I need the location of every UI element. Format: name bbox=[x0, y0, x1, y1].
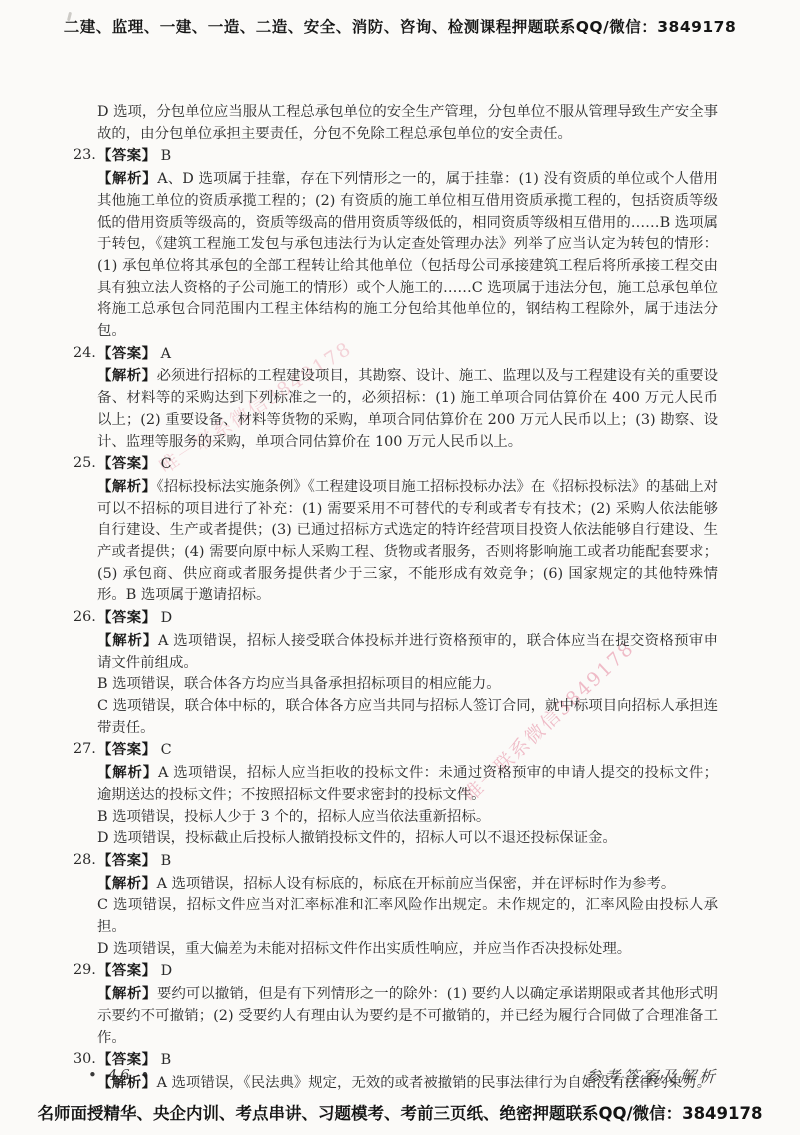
question-number: 28. bbox=[73, 850, 96, 872]
analysis-label: 【解析】 bbox=[97, 764, 158, 781]
answer-letter: B bbox=[161, 148, 172, 164]
analysis-paragraph: B 选项错误，投标人少于 3 个的，招标人应当依法重新招标。 bbox=[97, 807, 718, 829]
answer-line: 【答案】C bbox=[97, 739, 718, 762]
answer-label: 【答案】 bbox=[97, 962, 157, 979]
answer-item-26: 26. 【答案】D 【解析】A 选项错误，招标人接受联合体投标并进行资格预审的，… bbox=[97, 607, 718, 739]
analysis-paragraph: 【解析】A 选项错误，《民法典》规定，无效的或者被撤销的民事法律行为自始没有法律… bbox=[97, 1072, 718, 1095]
answer-label: 【答案】 bbox=[97, 455, 157, 472]
analysis-text: 《招标投标法实施条例》《工程建设项目施工招标投标办法》在《招标投标法》的基础上对… bbox=[97, 479, 718, 604]
answer-label: 【答案】 bbox=[97, 741, 157, 758]
question-number: 23. bbox=[73, 145, 96, 167]
answer-item-23: 23. 【答案】B 【解析】A、D 选项属于挂靠，存在下列情形之一的，属于挂靠：… bbox=[97, 145, 718, 342]
analysis-label: 【解析】 bbox=[97, 875, 157, 892]
page-header: 二建、监理、一建、一造、二造、安全、消防、咨询、检测课程押题联系QQ/微信：38… bbox=[0, 15, 800, 37]
answer-item-30: 30. 【答案】B 【解析】A 选项错误，《民法典》规定，无效的或者被撤销的民事… bbox=[97, 1049, 718, 1094]
analysis-text: A 选项错误，《民法典》规定，无效的或者被撤销的民事法律行为自始没有法律约束力。 bbox=[157, 1075, 712, 1091]
answer-item-25: 25. 【答案】C 【解析】《招标投标法实施条例》《工程建设项目施工招标投标办法… bbox=[97, 453, 718, 607]
analysis-text: A、D 选项属于挂靠，存在下列情形之一的，属于挂靠：(1) 没有资质的单位或个人… bbox=[97, 171, 718, 339]
analysis-paragraph: 【解析】必须进行招标的工程建设项目，其勘察、设计、施工、监理以及与工程建设有关的… bbox=[97, 365, 718, 453]
answer-label: 【答案】 bbox=[97, 609, 157, 626]
question-number: 24. bbox=[73, 343, 96, 365]
analysis-text: A 选项错误，招标人应当拒收的投标文件：未通过资格预审的申请人提交的投标文件；逾… bbox=[97, 765, 718, 803]
analysis-paragraph: C 选项错误，招标文件应当对汇率标准和汇率风险作出规定。未作规定的，汇率风险由投… bbox=[97, 895, 718, 938]
analysis-paragraph: 【解析】A 选项错误，招标人设有标底的，标底在开标前应当保密，并在评标时作为参考… bbox=[97, 873, 718, 896]
answer-label: 【答案】 bbox=[97, 1051, 157, 1068]
analysis-text: 必须进行招标的工程建设项目，其勘察、设计、施工、监理以及与工程建设有关的重要设备… bbox=[97, 368, 718, 449]
analysis-text: 要约可以撤销，但是有下列情形之一的除外：(1) 要约人以确定承诺期限或者其他形式… bbox=[97, 986, 718, 1045]
answer-letter: B bbox=[161, 1052, 172, 1068]
analysis-label: 【解析】 bbox=[97, 478, 157, 495]
answer-label: 【答案】 bbox=[97, 345, 157, 362]
analysis-label: 【解析】 bbox=[97, 170, 157, 187]
analysis-paragraph: D 选项错误，投标截止后投标人撤销投标文件的，招标人可以不退还投标保证金。 bbox=[97, 828, 718, 850]
answer-line: 【答案】B bbox=[97, 850, 718, 873]
carryover-paragraph: D 选项，分包单位应当服从工程总承包单位的安全生产管理，分包单位不服从管理导致生… bbox=[97, 102, 718, 145]
answer-line: 【答案】D bbox=[97, 960, 718, 983]
analysis-text: A 选项错误，招标人接受联合体投标并进行资格预审的，联合体应当在提交资格预审申请… bbox=[97, 633, 718, 671]
document-page: 二建、监理、一建、一造、二造、安全、消防、咨询、检测课程押题联系QQ/微信：38… bbox=[0, 0, 800, 1135]
answer-letter: C bbox=[161, 456, 172, 472]
answer-letter: D bbox=[161, 610, 173, 626]
answer-line: 【答案】C bbox=[97, 453, 718, 476]
answer-label: 【答案】 bbox=[97, 147, 157, 164]
question-number: 30. bbox=[73, 1049, 96, 1071]
answers-content: D 选项，分包单位应当服从工程总承包单位的安全生产管理，分包单位不服从管理导致生… bbox=[97, 102, 718, 1095]
analysis-label: 【解析】 bbox=[97, 367, 157, 384]
answer-item-28: 28. 【答案】B 【解析】A 选项错误，招标人设有标底的，标底在开标前应当保密… bbox=[97, 850, 718, 961]
answer-label: 【答案】 bbox=[97, 852, 157, 869]
analysis-paragraph: 【解析】A 选项错误，招标人接受联合体投标并进行资格预审的，联合体应当在提交资格… bbox=[97, 630, 718, 674]
answer-letter: C bbox=[161, 742, 172, 758]
answer-item-24: 24. 【答案】A 【解析】必须进行招标的工程建设项目，其勘察、设计、施工、监理… bbox=[97, 343, 718, 454]
answer-line: 【答案】A bbox=[97, 343, 718, 366]
analysis-paragraph: 【解析】A 选项错误，招标人应当拒收的投标文件：未通过资格预审的申请人提交的投标… bbox=[97, 762, 718, 806]
analysis-label: 【解析】 bbox=[97, 1074, 157, 1091]
question-number: 26. bbox=[73, 607, 96, 629]
answer-line: 【答案】B bbox=[97, 145, 718, 168]
question-number: 27. bbox=[73, 739, 96, 761]
answer-letter: D bbox=[161, 963, 173, 979]
analysis-paragraph: 【解析】《招标投标法实施条例》《工程建设项目施工招标投标办法》在《招标投标法》的… bbox=[97, 476, 718, 607]
answer-letter: B bbox=[161, 853, 172, 869]
question-number: 25. bbox=[73, 453, 96, 475]
analysis-paragraph: B 选项错误，联合体各方均应当具备承担招标项目的相应能力。 bbox=[97, 674, 718, 696]
analysis-paragraph: C 选项错误，联合体中标的，联合体各方应当共同与招标人签订合同，就中标项目向招标… bbox=[97, 696, 718, 739]
footer-promo: 名师面授精华、央企内训、考点串讲、习题模考、考前三页纸、绝密押题联系QQ/微信：… bbox=[0, 1100, 800, 1124]
analysis-paragraph: 【解析】A、D 选项属于挂靠，存在下列情形之一的，属于挂靠：(1) 没有资质的单… bbox=[97, 168, 718, 343]
answer-line: 【答案】B bbox=[97, 1049, 718, 1072]
answer-letter: A bbox=[161, 346, 171, 362]
analysis-text: A 选项错误，招标人设有标底的，标底在开标前应当保密，并在评标时作为参考。 bbox=[157, 876, 676, 892]
answer-item-29: 29. 【答案】D 【解析】要约可以撤销，但是有下列情形之一的除外：(1) 要约… bbox=[97, 960, 718, 1049]
question-number: 29. bbox=[73, 960, 96, 982]
analysis-paragraph: D 选项错误，重大偏差为未能对招标文件作出实质性响应，并应当作否决投标处理。 bbox=[97, 939, 718, 961]
answer-line: 【答案】D bbox=[97, 607, 718, 630]
analysis-paragraph: 【解析】要约可以撤销，但是有下列情形之一的除外：(1) 要约人以确定承诺期限或者… bbox=[97, 983, 718, 1049]
analysis-label: 【解析】 bbox=[97, 632, 158, 649]
answer-item-27: 27. 【答案】C 【解析】A 选项错误，招标人应当拒收的投标文件：未通过资格预… bbox=[97, 739, 718, 850]
analysis-label: 【解析】 bbox=[97, 985, 157, 1002]
